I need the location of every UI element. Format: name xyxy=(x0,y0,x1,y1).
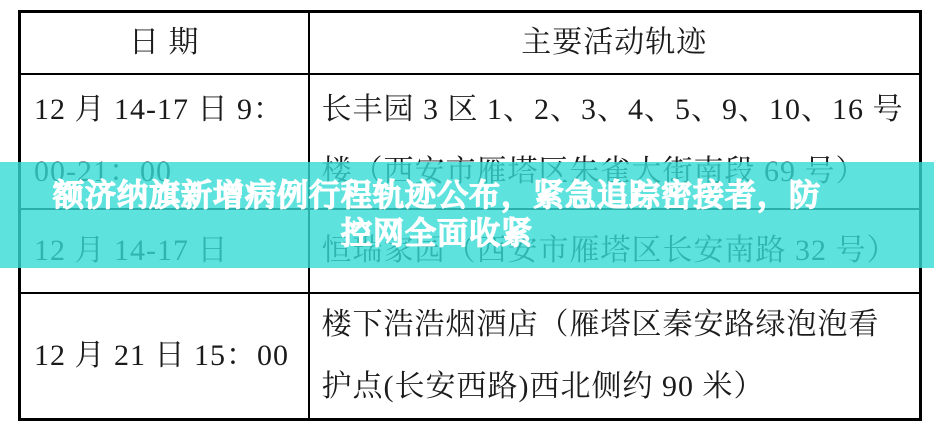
headline-overlay: 额济纳旗新增病例行程轨迹公布，紧急追踪密接者，防 控网全面收紧 xyxy=(0,162,934,268)
headline-line-1: 额济纳旗新增病例行程轨迹公布，紧急追踪密接者，防 xyxy=(53,177,821,215)
date-cell: 12 月 21 日 15：00 xyxy=(20,293,309,420)
table-row: 12 月 21 日 15：00 楼下浩浩烟酒店（雁塔区秦安路绿泡泡看 护点(长安… xyxy=(20,293,921,420)
table-header-row: 日 期 主要活动轨迹 xyxy=(20,12,921,74)
headline-line-2: 控网全面收紧 xyxy=(341,215,533,253)
trajectory-column-header: 主要活动轨迹 xyxy=(309,12,921,74)
trajectory-cell: 楼下浩浩烟酒店（雁塔区秦安路绿泡泡看 护点(长安西路)西北侧约 90 米） xyxy=(309,293,921,420)
date-column-header: 日 期 xyxy=(20,12,309,74)
page-canvas: 日 期 主要活动轨迹 12 月 14-17 日 9： 00-21：00 长丰园 … xyxy=(0,0,934,428)
